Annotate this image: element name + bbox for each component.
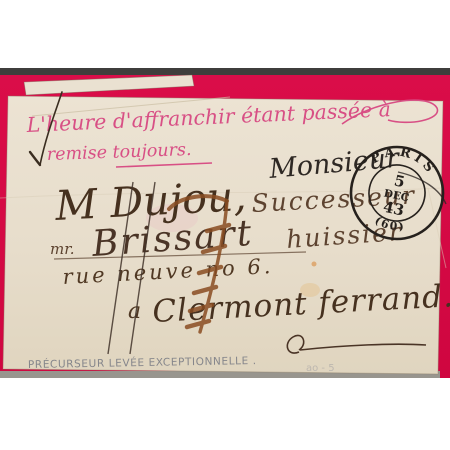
pencil-code: ao - 5 (306, 363, 335, 374)
age-spot (312, 262, 317, 267)
letter-photo-svg: L'heure d'affranchir étant passée à remi… (0, 68, 450, 378)
auction-photo-page: L'heure d'affranchir étant passée à remi… (0, 0, 450, 450)
address-line2-prefix: mr. (50, 240, 75, 258)
letter-photo: L'heure d'affranchir étant passée à remi… (0, 68, 450, 378)
photo-top-border (0, 68, 450, 75)
